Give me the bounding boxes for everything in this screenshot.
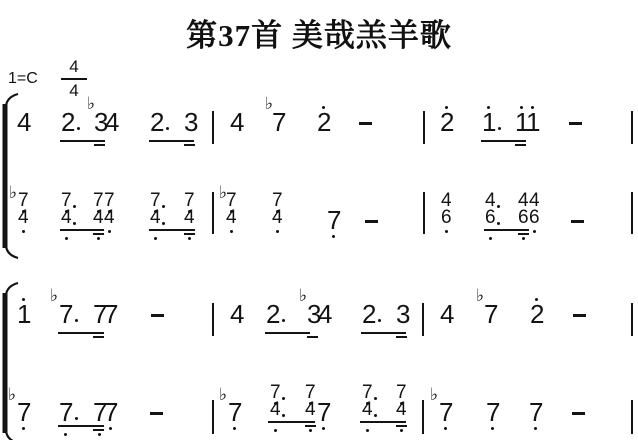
duration-underline bbox=[396, 336, 407, 338]
low-octave-dot bbox=[108, 230, 111, 233]
barline bbox=[631, 192, 633, 234]
sheet-music-page: 第37首 美哉羔羊歌 1=C 4 4 42♭34234♭722111♭74747… bbox=[0, 0, 638, 440]
note-digit: 4 bbox=[17, 109, 31, 135]
barline bbox=[422, 400, 424, 434]
augmentation-dot bbox=[378, 319, 381, 322]
note-digit: 4 bbox=[272, 208, 283, 227]
note-digit: 4 bbox=[318, 301, 332, 327]
duration-underline bbox=[60, 229, 104, 231]
low-octave-dot bbox=[276, 230, 279, 233]
barline bbox=[423, 192, 425, 234]
note-digit: 6 bbox=[485, 208, 496, 227]
dash-note bbox=[571, 220, 584, 223]
high-octave-dot bbox=[445, 106, 448, 109]
duration-underline bbox=[58, 332, 104, 334]
low-octave-dot bbox=[233, 427, 236, 430]
flat-sign: ♭ bbox=[299, 288, 307, 305]
note-digit: 4 bbox=[230, 301, 244, 327]
barline bbox=[212, 303, 214, 336]
barline bbox=[423, 111, 425, 144]
dash-note bbox=[573, 314, 586, 317]
note-digit: 4 bbox=[305, 400, 316, 419]
low-octave-dot bbox=[322, 427, 325, 430]
duration-underline bbox=[518, 233, 529, 235]
time-signature: 4 4 bbox=[61, 57, 87, 101]
high-octave-dot bbox=[520, 106, 523, 109]
augmentation-dot bbox=[73, 205, 76, 208]
duration-underline bbox=[93, 233, 104, 235]
note-digit: 2 bbox=[317, 109, 331, 135]
note-digit: 7 bbox=[529, 399, 543, 425]
low-octave-dot bbox=[65, 237, 68, 240]
note-digit: 1 bbox=[17, 301, 31, 327]
note-digit: 7 bbox=[327, 207, 341, 233]
note-digit: 7 bbox=[439, 399, 453, 425]
note-digit: 7 bbox=[228, 399, 242, 425]
augmentation-dot bbox=[73, 222, 76, 225]
note-digit: 7 bbox=[317, 399, 331, 425]
time-sig-numerator: 4 bbox=[61, 57, 87, 77]
note-digit: 7 bbox=[104, 301, 118, 327]
augmentation-dot bbox=[498, 127, 501, 130]
note-digit: 1 bbox=[482, 109, 496, 135]
barline bbox=[631, 303, 633, 336]
low-octave-dot bbox=[309, 429, 312, 432]
note-digit: 6 bbox=[518, 208, 529, 227]
low-octave-dot bbox=[64, 433, 67, 436]
augmentation-dot bbox=[374, 397, 377, 400]
duration-underline bbox=[265, 332, 310, 334]
note-digit: 4 bbox=[396, 400, 407, 419]
duration-underline bbox=[93, 429, 104, 431]
duration-underline bbox=[149, 140, 194, 142]
note-digit: 7 bbox=[272, 109, 286, 135]
note-digit: 2 bbox=[61, 109, 75, 135]
duration-underline bbox=[149, 229, 195, 231]
note-digit: 4 bbox=[104, 208, 115, 227]
duration-underline bbox=[94, 144, 105, 146]
duration-underline bbox=[58, 425, 104, 427]
dash-note bbox=[569, 122, 582, 125]
time-sig-denominator: 4 bbox=[61, 81, 87, 101]
flat-sign: ♭ bbox=[9, 185, 17, 202]
duration-underline bbox=[515, 144, 526, 146]
augmentation-dot bbox=[75, 417, 78, 420]
note-digit: 4 bbox=[362, 400, 373, 419]
low-octave-dot bbox=[400, 429, 403, 432]
note-digit: 4 bbox=[440, 301, 454, 327]
dash-note bbox=[572, 412, 585, 415]
flat-sign: ♭ bbox=[8, 387, 16, 404]
low-octave-dot bbox=[533, 230, 536, 233]
note-digit: 2 bbox=[530, 301, 544, 327]
note-digit: 7 bbox=[17, 399, 31, 425]
note-digit: 4 bbox=[230, 109, 244, 135]
high-octave-dot bbox=[531, 106, 534, 109]
duration-underline bbox=[481, 140, 526, 142]
augmentation-dot bbox=[166, 127, 169, 130]
note-digit: 7 bbox=[104, 399, 118, 425]
note-digit: 2 bbox=[150, 109, 164, 135]
duration-underline bbox=[361, 332, 406, 334]
low-octave-dot bbox=[534, 427, 537, 430]
note-digit: 2 bbox=[440, 109, 454, 135]
note-digit: 4 bbox=[61, 208, 72, 227]
low-octave-dot bbox=[97, 237, 100, 240]
duration-underline bbox=[396, 425, 407, 427]
note-digit: 4 bbox=[93, 208, 104, 227]
augmentation-dot bbox=[282, 319, 285, 322]
note-digit: 1 bbox=[526, 109, 540, 135]
duration-underline bbox=[184, 144, 195, 146]
augmentation-dot bbox=[162, 222, 165, 225]
note-digit: 4 bbox=[150, 208, 161, 227]
note-digit: 7 bbox=[59, 301, 73, 327]
note-digit: 6 bbox=[441, 208, 452, 227]
augmentation-dot bbox=[282, 397, 285, 400]
note-digit: 4 bbox=[105, 109, 119, 135]
augmentation-dot bbox=[497, 222, 500, 225]
flat-sign: ♭ bbox=[50, 288, 58, 305]
high-octave-dot bbox=[487, 106, 490, 109]
augmentation-dot bbox=[374, 414, 377, 417]
duration-underline bbox=[184, 233, 195, 235]
low-octave-dot bbox=[489, 237, 492, 240]
time-sig-divider bbox=[61, 78, 87, 80]
dash-note bbox=[150, 412, 163, 415]
dash-note bbox=[359, 122, 372, 125]
dash-note bbox=[365, 220, 378, 223]
duration-underline bbox=[360, 421, 406, 423]
duration-underline bbox=[268, 421, 315, 423]
low-octave-dot bbox=[491, 427, 494, 430]
low-octave-dot bbox=[154, 237, 157, 240]
duration-underline bbox=[93, 336, 104, 338]
note-digit: 3 bbox=[184, 109, 198, 135]
low-octave-dot bbox=[188, 237, 191, 240]
note-digit: 4 bbox=[226, 208, 237, 227]
flat-sign: ♭ bbox=[430, 387, 438, 404]
low-octave-dot bbox=[444, 427, 447, 430]
augmentation-dot bbox=[77, 127, 80, 130]
low-octave-dot bbox=[22, 427, 25, 430]
barline bbox=[631, 400, 633, 434]
duration-underline bbox=[484, 229, 529, 231]
note-digit: 4 bbox=[184, 208, 195, 227]
low-octave-dot bbox=[445, 230, 448, 233]
page-title: 第37首 美哉羔羊歌 bbox=[0, 10, 638, 55]
augmentation-dot bbox=[282, 414, 285, 417]
note-digit: 6 bbox=[529, 208, 540, 227]
low-octave-dot bbox=[332, 235, 335, 238]
duration-underline bbox=[60, 140, 105, 142]
low-octave-dot bbox=[109, 427, 112, 430]
barline bbox=[631, 111, 633, 144]
low-octave-dot bbox=[22, 230, 25, 233]
barline bbox=[212, 111, 214, 144]
note-digit: 3 bbox=[396, 301, 410, 327]
low-octave-dot bbox=[522, 237, 525, 240]
flat-sign: ♭ bbox=[219, 387, 227, 404]
note-digit: 7 bbox=[484, 301, 498, 327]
note-digit: 7 bbox=[486, 399, 500, 425]
high-octave-dot bbox=[535, 298, 538, 301]
low-octave-dot bbox=[98, 433, 101, 436]
dash-note bbox=[151, 314, 164, 317]
barline bbox=[212, 192, 214, 234]
note-digit: 7 bbox=[59, 399, 73, 425]
high-octave-dot bbox=[22, 298, 25, 301]
key-signature: 1=C bbox=[8, 70, 38, 88]
low-octave-dot bbox=[274, 429, 277, 432]
note-digit: 2 bbox=[362, 301, 376, 327]
barline bbox=[212, 400, 214, 434]
augmentation-dot bbox=[75, 319, 78, 322]
augmentation-dot bbox=[497, 205, 500, 208]
duration-underline bbox=[305, 425, 316, 427]
note-digit: 2 bbox=[266, 301, 280, 327]
high-octave-dot bbox=[322, 106, 325, 109]
flat-sign: ♭ bbox=[476, 288, 484, 305]
low-octave-dot bbox=[230, 230, 233, 233]
barline bbox=[422, 303, 424, 336]
augmentation-dot bbox=[162, 205, 165, 208]
note-digit: 4 bbox=[270, 400, 281, 419]
note-digit: 4 bbox=[18, 208, 29, 227]
duration-underline bbox=[307, 336, 318, 338]
low-octave-dot bbox=[366, 429, 369, 432]
